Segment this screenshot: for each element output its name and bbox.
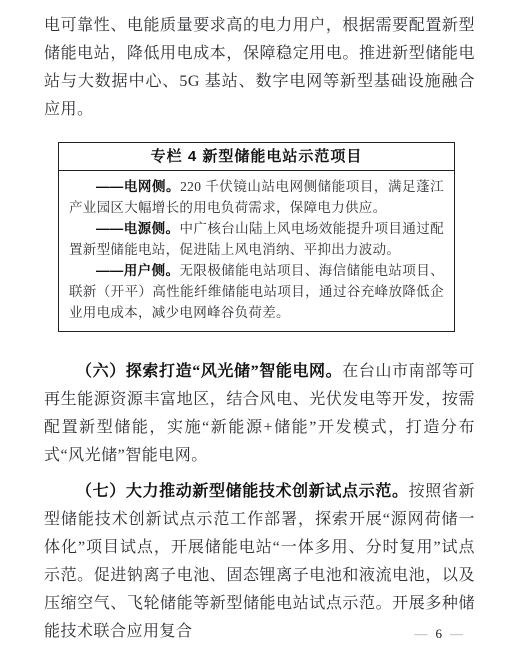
section-seven-body: 按照省新型储能技术创新试点示范工作部署，探索开展“源网荷储一体化”项目试点，开展… xyxy=(44,483,475,640)
box-item-grid-side: ——电网侧。220 千伏镜山站电网侧储能项目，满足蓬江产业园区大幅增长的用电负荷… xyxy=(69,176,444,218)
box-item-user-side: ——用户侧。无限极储能电站项目、海信储能电站项目、联新（开平）高性能纤维储能电站… xyxy=(69,260,444,323)
box-item-label: ——电网侧。 xyxy=(96,179,180,194)
box-title: 专栏 4 新型储能电站示范项目 xyxy=(59,143,454,171)
section-seven-heading: （七）大力推动新型储能技术创新试点示范。 xyxy=(76,483,409,500)
footer-right-dash: — xyxy=(450,626,465,641)
document-page: 电可靠性、电能质量要求高的电力用户，根据需要配置新型储能电站，降低用电成本，保障… xyxy=(0,0,517,660)
box-item-label: ——用户侧。 xyxy=(96,263,179,278)
demo-projects-box: 专栏 4 新型储能电站示范项目 ——电网侧。220 千伏镜山站电网侧储能项目，满… xyxy=(58,142,455,332)
page-number: 6 xyxy=(430,626,451,641)
box-item-source-side: ——电源侧。中广核台山陆上风电场效能提升项目通过配置新型储能电站，促进陆上风电消… xyxy=(69,218,444,260)
box-body: ——电网侧。220 千伏镜山站电网侧储能项目，满足蓬江产业园区大幅增长的用电负荷… xyxy=(59,171,454,331)
page-footer: —6— xyxy=(415,626,466,642)
intro-paragraph: 电可靠性、电能质量要求高的电力用户，根据需要配置新型储能电站，降低用电成本，保障… xyxy=(44,12,475,124)
section-six: （六）探索打造“风光储”智能电网。在台山市南部等可再生能源资源丰富地区，结合风电… xyxy=(44,358,475,470)
section-six-heading: （六）探索打造“风光储”智能电网。 xyxy=(76,363,342,380)
footer-left-dash: — xyxy=(415,626,430,641)
section-seven: （七）大力推动新型储能技术创新试点示范。按照省新型储能技术创新试点示范工作部署，… xyxy=(44,478,475,646)
page-content: 电可靠性、电能质量要求高的电力用户，根据需要配置新型储能电站，降低用电成本，保障… xyxy=(0,0,517,646)
box-item-label: ——电源侧。 xyxy=(96,221,179,236)
